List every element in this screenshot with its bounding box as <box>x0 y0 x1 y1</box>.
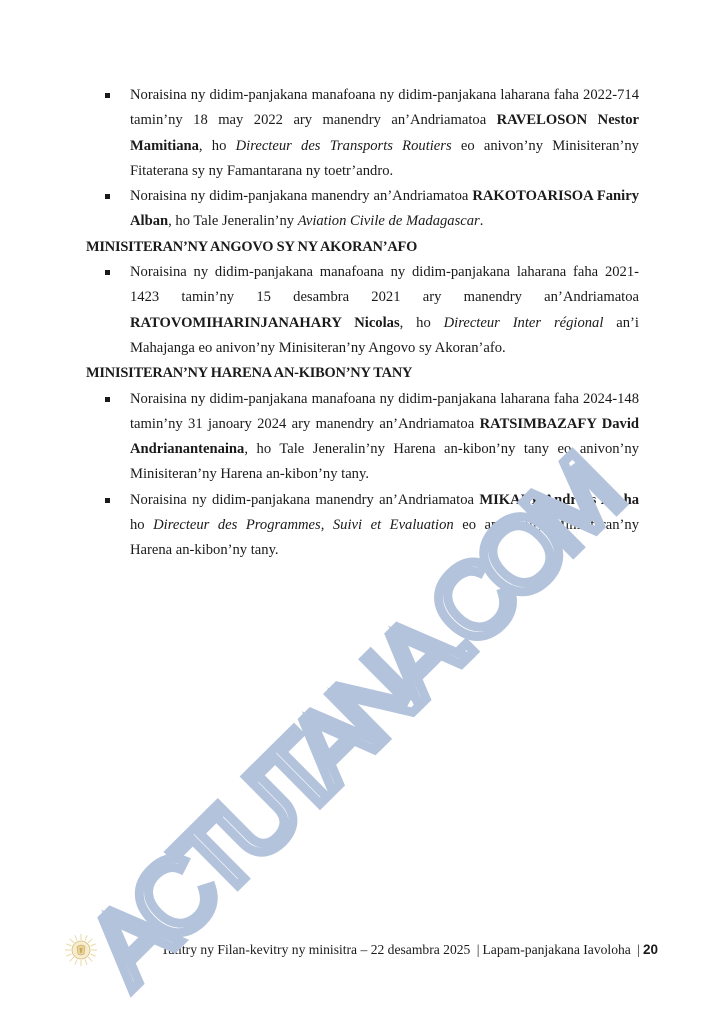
person-name: MIKALY Andréas Alpha <box>479 492 639 508</box>
list-item: Noraisina ny didim-panjakana manendry an… <box>86 184 639 235</box>
footer-separator: | <box>634 942 643 957</box>
square-bullet-icon <box>105 194 110 199</box>
text-segment: Noraisina ny didim-panjakana manendry an… <box>130 492 479 508</box>
list-item: Noraisina ny didim-panjakana manafoana n… <box>86 260 639 361</box>
footer-separator: | <box>474 942 483 957</box>
bullet-list: Noraisina ny didim-panjakana manafoana n… <box>86 387 639 564</box>
bullet-list: Noraisina ny didim-panjakana manafoana n… <box>86 83 639 235</box>
text-segment: ho <box>130 517 153 533</box>
text-segment: , ho <box>199 138 236 154</box>
text-segment: . <box>480 213 484 229</box>
square-bullet-icon <box>105 397 110 402</box>
footer-caption: Tatitry ny Filan-kevitry ny minisitra – … <box>161 942 658 958</box>
person-name: RATOVOMIHARINJANAHARY Nicolas <box>130 315 400 331</box>
square-bullet-icon <box>105 498 110 503</box>
square-bullet-icon <box>105 93 110 98</box>
job-title: Directeur des Transports Routiers <box>236 138 452 154</box>
square-bullet-icon <box>105 270 110 275</box>
text-segment: Noraisina ny didim-panjakana manendry an… <box>130 188 472 204</box>
list-item: Noraisina ny didim-panjakana manendry an… <box>86 488 639 564</box>
presidency-sun-emblem-icon <box>64 933 98 967</box>
footer-title: Tatitry ny Filan-kevitry ny minisitra – … <box>161 942 470 957</box>
job-title: Directeur des Programmes, Suivi et Evalu… <box>153 517 454 533</box>
list-item: Noraisina ny didim-panjakana manafoana n… <box>86 83 639 184</box>
text-segment: , ho <box>400 315 444 331</box>
section-heading: MINISITERAN’NY ANGOVO SY NY AKORAN’AFO <box>86 235 639 260</box>
page-footer: Tatitry ny Filan-kevitry ny minisitra – … <box>64 933 660 969</box>
footer-office: Lapam-panjakana Iavoloha <box>483 942 631 957</box>
list-item: Noraisina ny didim-panjakana manafoana n… <box>86 387 639 488</box>
text-segment: Noraisina ny didim-panjakana manafoana n… <box>130 264 639 305</box>
text-segment: , ho Tale Jeneralin’ny <box>168 213 298 229</box>
bullet-list: Noraisina ny didim-panjakana manafoana n… <box>86 260 639 361</box>
document-page: Noraisina ny didim-panjakana manafoana n… <box>0 0 724 1024</box>
page-number: 20 <box>643 942 658 957</box>
job-title: Aviation Civile de Madagascar <box>298 213 480 229</box>
document-body: Noraisina ny didim-panjakana manafoana n… <box>86 83 639 564</box>
job-title: Directeur Inter régional <box>444 315 604 331</box>
section-heading: MINISITERAN’NY HARENA AN-KIBON’NY TANY <box>86 361 639 386</box>
